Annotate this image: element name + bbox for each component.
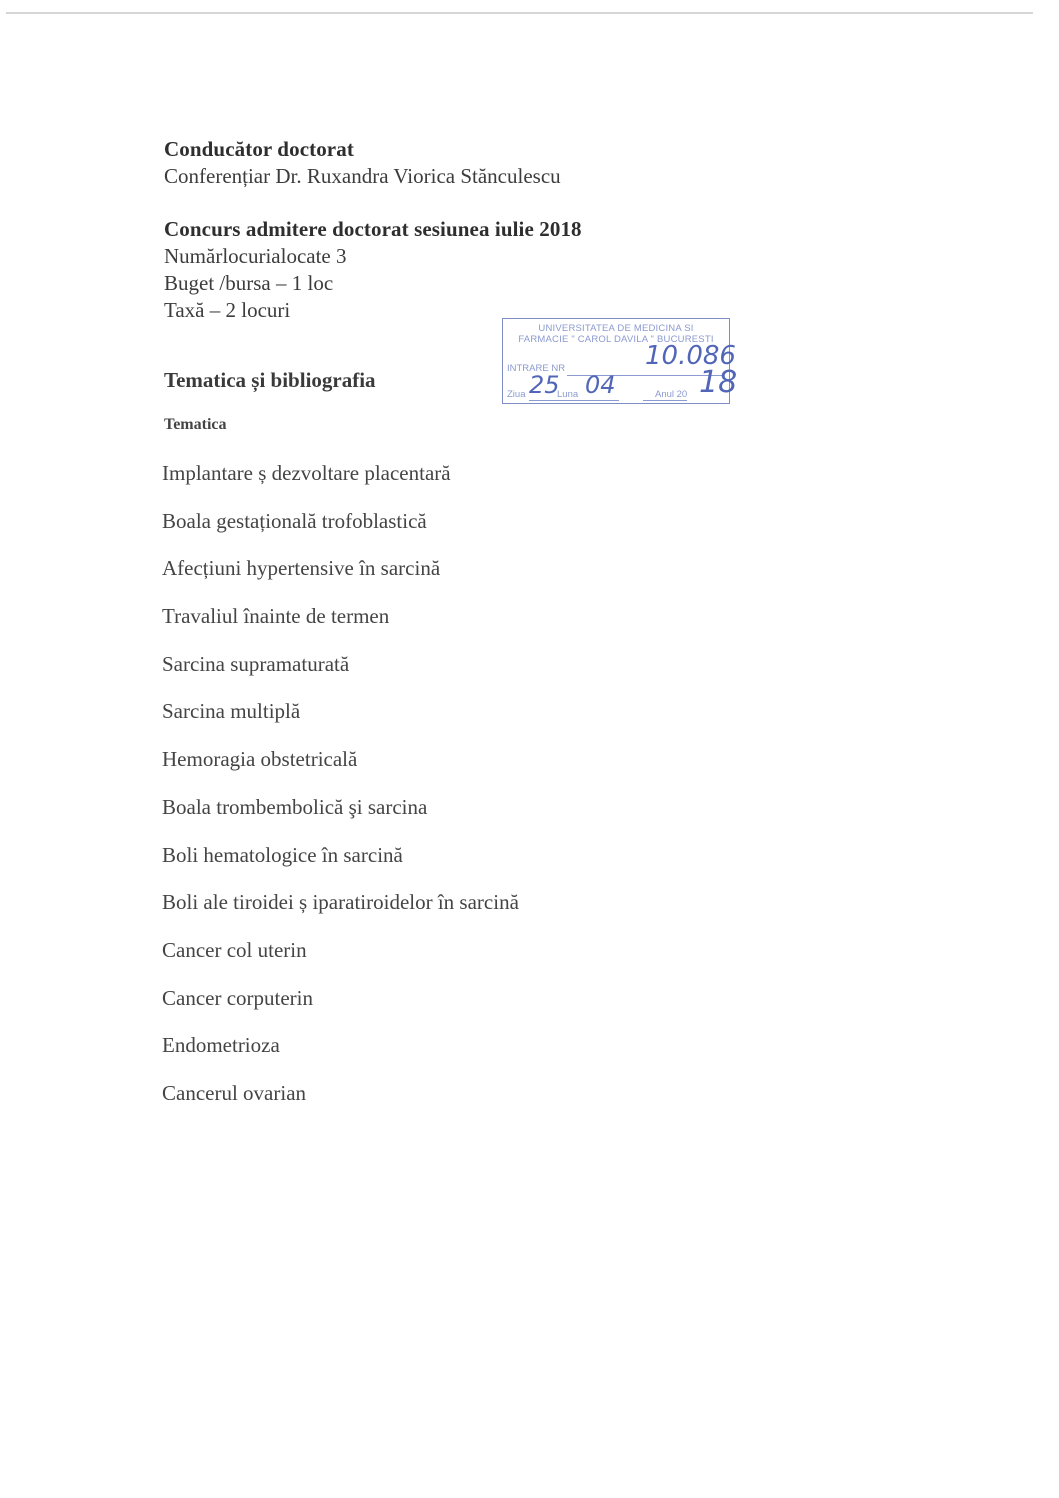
stamp-month-label: Luna [557, 389, 578, 400]
topic-item: Implantare ș dezvoltare placentară [162, 458, 519, 506]
section-title: Tematica și bibliografia [164, 368, 376, 393]
topic-item: Afecțiuni hypertensive în sarcină [162, 553, 519, 601]
admission-heading: Concurs admitere doctorat sesiunea iulie… [164, 216, 984, 243]
stamp-month-value: 04 [585, 371, 616, 399]
topics-list: Implantare ș dezvoltare placentară Boala… [162, 458, 519, 1126]
topic-item: Boli ale tiroidei ș iparatiroidelor în s… [162, 887, 519, 935]
topic-item: Sarcina multiplă [162, 696, 519, 744]
topic-item: Hemoragia obstetricală [162, 744, 519, 792]
topic-item: Cancer corputerin [162, 983, 519, 1031]
places-total: Numărlocurialocate 3 [164, 243, 984, 270]
scan-edge [6, 12, 1033, 14]
supervisor-name: Conferențiar Dr. Ruxandra Viorica Stăncu… [164, 163, 984, 190]
topic-item: Sarcina supramaturată [162, 649, 519, 697]
stamp-year-label: Anul 20 [655, 389, 687, 400]
places-budget: Buget /bursa – 1 loc [164, 270, 984, 297]
stamp-day-value: 25 [529, 371, 560, 399]
topic-item: Boli hematologice în sarcină [162, 840, 519, 888]
document-header: Conducător doctorat Conferențiar Dr. Rux… [164, 136, 984, 324]
stamp-institution-line1: UNIVERSITATEA DE MEDICINA SI [503, 323, 729, 334]
topic-item: Boala gestațională trofoblastică [162, 506, 519, 554]
topic-item: Endometrioza [162, 1030, 519, 1078]
topic-item: Cancer col uterin [162, 935, 519, 983]
subsection-title: Tematica [164, 416, 227, 434]
topic-item: Cancerul ovarian [162, 1078, 519, 1126]
registration-stamp: UNIVERSITATEA DE MEDICINA SI FARMACIE " … [502, 318, 730, 404]
stamp-year-value: 18 [699, 365, 737, 400]
topic-item: Boala trombembolică şi sarcina [162, 792, 519, 840]
topic-item: Travaliul înainte de termen [162, 601, 519, 649]
supervisor-heading: Conducător doctorat [164, 136, 984, 163]
stamp-day-label: Ziua [507, 389, 525, 400]
